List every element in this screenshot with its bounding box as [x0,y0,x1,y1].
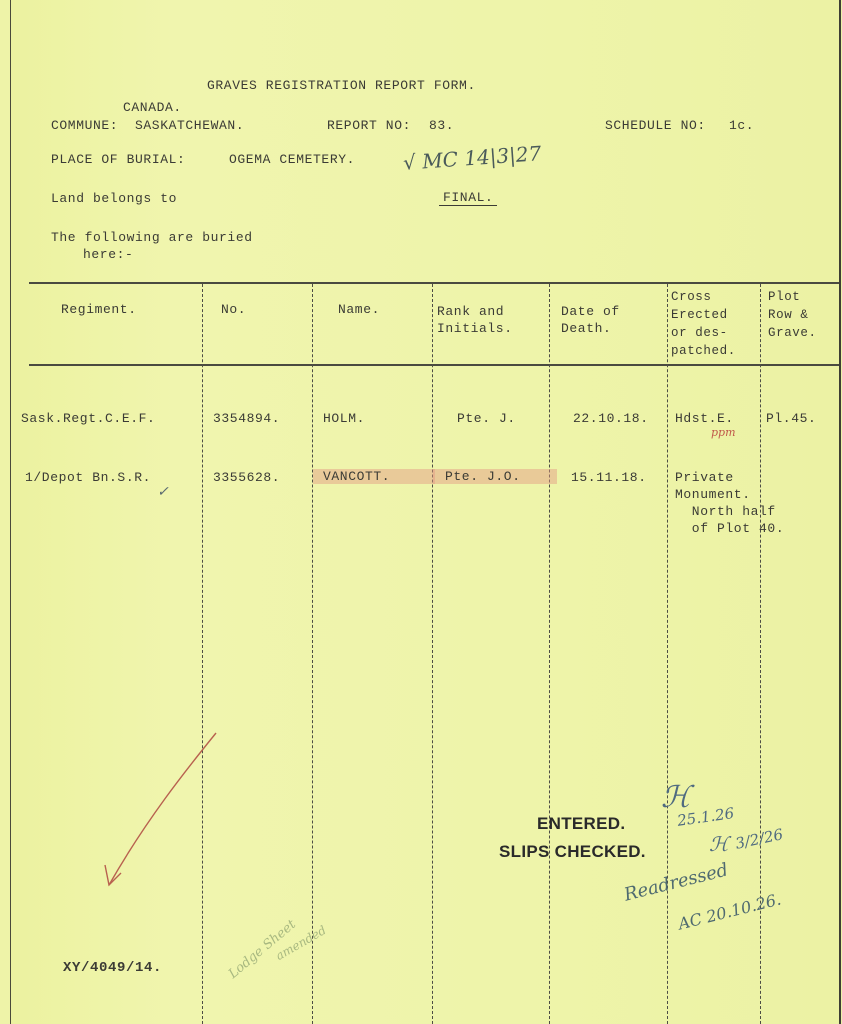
buried-intro-line2: here:- [83,247,133,262]
cell-date: 22.10.18. [573,411,649,426]
cell-plot: Pl.45. [766,411,816,426]
cell-cross-line1: Private [675,470,734,485]
cross-annotation: ppm [711,426,736,439]
column-divider [432,284,433,1024]
header-cross-line3: or des- [671,326,728,340]
entered-stamp: ENTERED. [537,814,625,834]
cell-regiment: 1/Depot Bn.S.R. [25,470,151,485]
column-divider [549,284,550,1024]
cell-number: 3354894. [213,411,280,426]
final-label: FINAL. [439,190,497,206]
red-arrow-icon [91,725,231,900]
slips-checked-stamp: SLIPS CHECKED. [499,842,646,862]
cell-cross-line4: of Plot 40. [675,521,784,536]
header-plot-line3: Grave. [768,326,817,340]
cell-cross: Hdst.E. [675,411,734,426]
header-name: Name. [338,302,380,317]
schedule-number-value: 1c. [729,118,754,133]
report-number-value: 83. [429,118,454,133]
cell-cross-line3: North half [675,504,776,519]
header-cross-line2: Erected [671,308,728,322]
cell-cross-line2: Monument. [675,487,751,502]
cell-name: VANCOTT. [313,469,435,484]
form-title: GRAVES REGISTRATION REPORT FORM. [207,78,476,93]
header-plot-line1: Plot [768,290,800,304]
cell-rank: Pte. J.O. [433,469,557,484]
header-rank-line1: Rank and [437,304,504,319]
commune-value: SASKATCHEWAN. [135,118,244,133]
cell-rank: Pte. J. [457,411,516,426]
check-mark-annotation: ✓ [157,484,169,500]
header-date-line2: Death. [561,321,611,336]
remark-line1: Readressed [622,859,730,905]
cell-date: 15.11.18. [571,470,647,485]
buried-intro-line1: The following are buried [51,230,253,245]
column-divider [667,284,668,1024]
cell-number: 3355628. [213,470,280,485]
column-divider [202,284,203,1024]
country-label: CANADA. [123,100,182,115]
header-regiment: Regiment. [61,302,137,317]
table-top-rule [29,282,839,284]
slips-initials: ℋ [709,832,729,856]
header-date-line1: Date of [561,304,620,319]
place-of-burial-label: PLACE OF BURIAL: [51,152,185,167]
place-of-burial-value: OGEMA CEMETERY. [229,152,355,167]
remark-line2: AC 20.10.26. [676,890,783,934]
commune-label: COMMUNE: [51,118,118,133]
header-cross-line4: patched. [671,344,736,358]
schedule-number-label: SCHEDULE NO: [605,118,706,133]
place-check-annotation: √ MC 14|3|27 [402,141,542,175]
table-header-rule [29,364,839,366]
header-rank-line2: Initials. [437,321,513,336]
land-belongs-label: Land belongs to [51,191,177,206]
column-divider [312,284,313,1024]
cell-regiment: Sask.Regt.C.E.F. [21,411,155,426]
header-number: No. [221,302,246,317]
header-cross-line1: Cross [671,290,712,304]
cell-name: HOLM. [323,411,365,426]
header-plot-line2: Row & [768,308,809,322]
report-number-label: REPORT NO: [327,118,411,133]
document-page: GRAVES REGISTRATION REPORT FORM. CANADA.… [10,0,841,1024]
file-reference: XY/4049/14. [63,960,162,976]
